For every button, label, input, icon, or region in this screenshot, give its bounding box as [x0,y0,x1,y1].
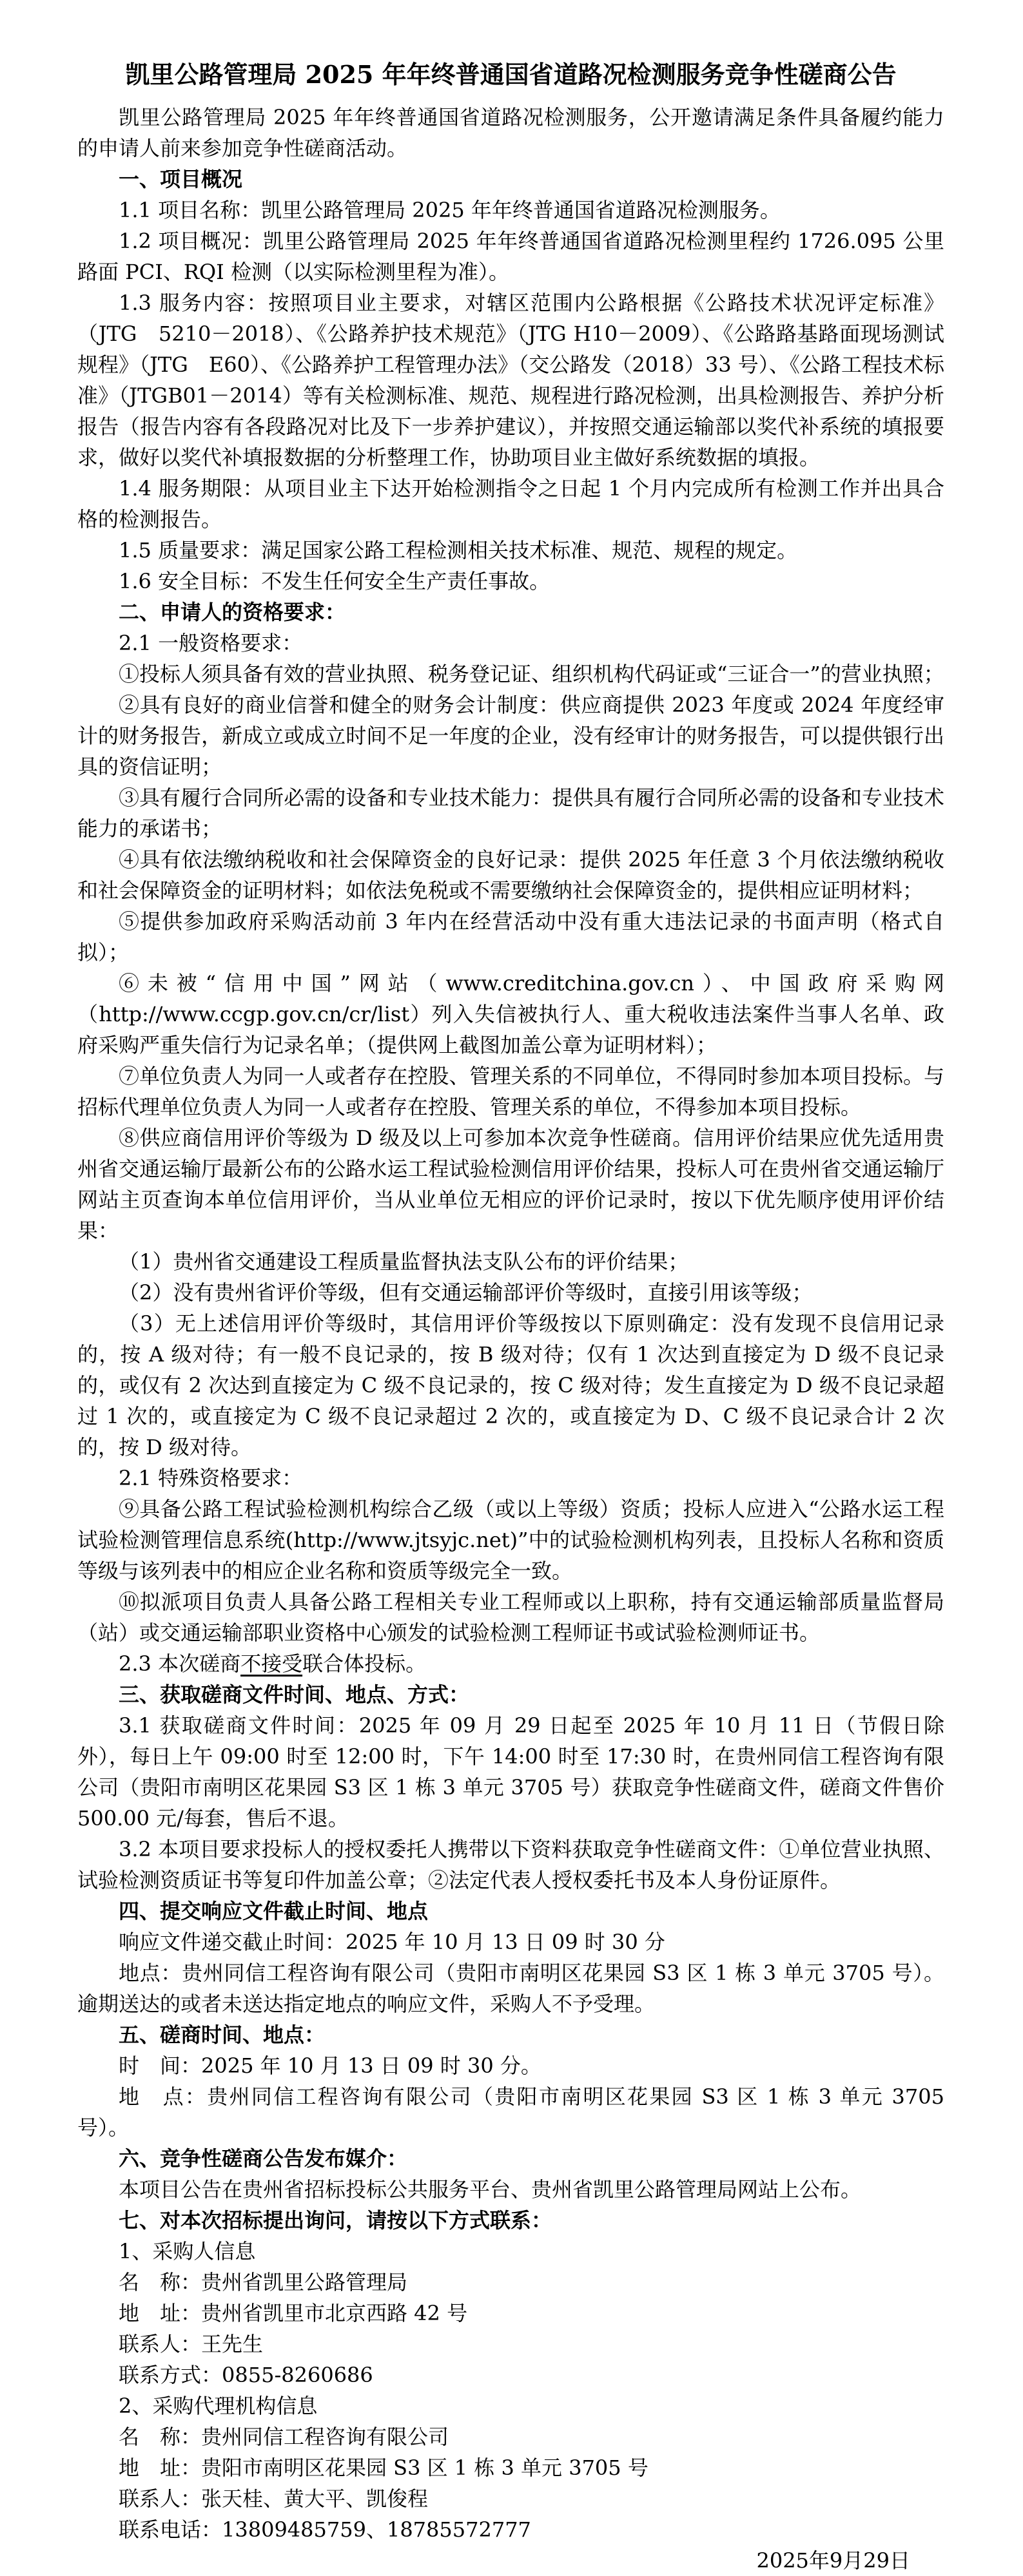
agency-phone-line: 联系电话：13809485759、18785572777 [77,2514,944,2545]
clause-1-3: 1.3 服务内容：按照项目业主要求，对辖区范围内公路根据《公路技术状况评定标准》… [77,287,944,473]
announcement-date: 2025年9月29日 [77,2545,944,2576]
purchaser-phone-line: 联系方式：0855-8260686 [77,2360,944,2390]
requirement-item-5: ⑤提供参加政府采购活动前 3 年内在经营活动中没有重大违法记录的书面声明（格式自… [77,906,944,968]
section-6-heading: 六、竞争性磋商公告发布媒介： [77,2143,944,2174]
section-3-heading: 三、获取磋商文件时间、地点、方式： [77,1679,944,1710]
agency-name-line: 名 称：贵州同信工程咨询有限公司 [77,2421,944,2452]
purchaser-contact-line: 联系人：王先生 [77,2329,944,2360]
section-7-heading: 七、对本次招标提出询问，请按以下方式联系： [77,2205,944,2236]
purchaser-address-line: 地 址：贵州省凯里市北京西路 42 号 [77,2298,944,2329]
clause-1-5: 1.5 质量要求：满足国家公路工程检测相关技术标准、规范、规程的规定。 [77,535,944,566]
section-1-heading: 一、项目概况 [77,164,944,195]
section-5-heading: 五、磋商时间、地点： [77,2019,944,2050]
intro-paragraph: 凯里公路管理局 2025 年年终普通国省道路况检测服务，公开邀请满足条件具备履约… [77,102,944,164]
clause-1-1: 1.1 项目名称：凯里公路管理局 2025 年年终普通国省道路况检测服务。 [77,195,944,226]
clause-3-2: 3.2 本项目要求投标人的授权委托人携带以下资料获取竞争性磋商文件：①单位营业执… [77,1834,944,1896]
clause-1-4: 1.4 服务期限：从项目业主下达开始检测指令之日起 1 个月内完成所有检测工作并… [77,473,944,535]
credit-rating-rule-3: （3）无上述信用评价等级时，其信用评价等级按以下原则确定：没有发现不良信用记录的… [77,1308,944,1463]
requirement-item-9: ⑨具备公路工程试验检测机构综合乙级（或以上等级）资质；投标人应进入“公路水运工程… [77,1494,944,1586]
clause-1-6: 1.6 安全目标：不发生任何安全生产责任事故。 [77,566,944,597]
agency-contact-line: 联系人：张天桂、黄大平、凯俊程 [77,2483,944,2514]
clause-2-3: 2.3 本次磋商不接受联合体投标。 [77,1648,944,1679]
clause-2-3-post: 联合体投标。 [302,1651,426,1676]
agency-address-line: 地 址：贵阳市南明区花果园 S3 区 1 栋 3 单元 3705 号 [77,2452,944,2483]
agency-info-label: 2、采购代理机构信息 [77,2390,944,2421]
no-consortium-underlined-text: 不接受 [240,1651,302,1676]
announcement-media-line: 本项目公告在贵州省招标投标公共服务平台、贵州省凯里公路管理局网站上公布。 [77,2174,944,2205]
document-title: 凯里公路管理局 2025 年年终普通国省道路况检测服务竞争性磋商公告 [77,57,944,93]
submission-place-line: 地点：贵州同信工程咨询有限公司（贵阳市南明区花果园 S3 区 1 栋 3 单元 … [77,1957,944,2019]
requirement-item-4: ④具有依法缴纳税收和社会保障资金的良好记录：提供 2025 年任意 3 个月依法… [77,844,944,906]
special-qualification-label: 2.1 特殊资格要求： [77,1463,944,1494]
purchaser-name-line: 名 称：贵州省凯里公路管理局 [77,2267,944,2298]
requirement-item-3: ③具有履行合同所必需的设备和专业技术能力：提供具有履行合同所必需的设备和专业技术… [77,782,944,844]
general-qualification-label: 2.1 一般资格要求： [77,628,944,658]
announcement-document: 凯里公路管理局 2025 年年终普通国省道路况检测服务竞争性磋商公告 凯里公路管… [0,0,1023,2576]
negotiation-place-line: 地 点：贵州同信工程咨询有限公司（贵阳市南明区花果园 S3 区 1 栋 3 单元… [77,2081,944,2143]
credit-rating-rule-1: （1）贵州省交通建设工程质量监督执法支队公布的评价结果； [77,1246,944,1277]
credit-rating-rule-2: （2）没有贵州省评价等级，但有交通运输部评价等级时，直接引用该等级； [77,1277,944,1308]
requirement-item-6: ⑥未被“信用中国”网站（www.creditchina.gov.cn）、中国政府… [77,968,944,1061]
requirement-item-8: ⑧供应商信用评价等级为 D 级及以上可参加本次竞争性磋商。信用评价结果应优先适用… [77,1122,944,1246]
requirement-item-1: ①投标人须具备有效的营业执照、税务登记证、组织机构代码证或“三证合一”的营业执照… [77,658,944,689]
negotiation-time-line: 时 间：2025 年 10 月 13 日 09 时 30 分。 [77,2050,944,2081]
requirement-item-2: ②具有良好的商业信誉和健全的财务会计制度：供应商提供 2023 年度或 2024… [77,689,944,782]
clause-2-3-pre: 2.3 本次磋商 [119,1651,240,1676]
requirement-item-7: ⑦单位负责人为同一人或者存在控股、管理关系的不同单位，不得同时参加本项目投标。与… [77,1061,944,1122]
section-2-heading: 二、申请人的资格要求： [77,597,944,628]
response-deadline-line: 响应文件递交截止时间：2025 年 10 月 13 日 09 时 30 分 [77,1927,944,1957]
requirement-item-10: ⑩拟派项目负责人具备公路工程相关专业工程师或以上职称，持有交通运输部质量监督局（… [77,1586,944,1648]
section-4-heading: 四、提交响应文件截止时间、地点 [77,1896,944,1927]
clause-1-2: 1.2 项目概况：凯里公路管理局 2025 年年终普通国省道路况检测里程约 17… [77,226,944,287]
purchaser-info-label: 1、采购人信息 [77,2236,944,2267]
clause-3-1: 3.1 获取磋商文件时间：2025 年 09 月 29 日起至 2025 年 1… [77,1710,944,1834]
